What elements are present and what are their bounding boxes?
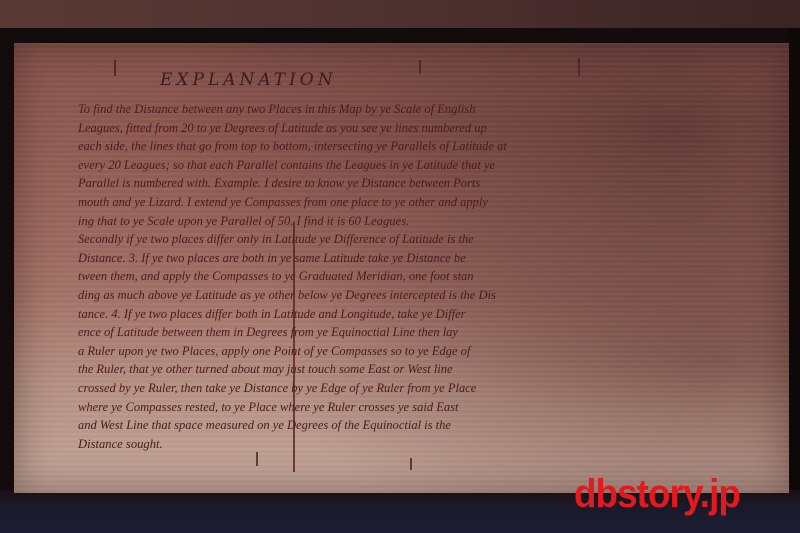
text-line: Leagues, fitted from 20 to ye Degrees of…: [78, 119, 714, 138]
text-line: and West Line that space measured on ye …: [78, 416, 714, 435]
text-line: ding as much above ye Latitude as ye oth…: [78, 286, 714, 305]
text-line: ence of Latitude between them in Degrees…: [78, 323, 714, 342]
frame-top-edge: [0, 28, 800, 44]
text-line: mouth and ye Lizard. I extend ye Compass…: [78, 193, 714, 212]
text-line: tween them, and apply the Compasses to y…: [78, 267, 714, 286]
text-line: the Ruler, that ye other turned about ma…: [78, 360, 714, 379]
text-line: Distance sought.: [78, 435, 718, 454]
margin-tick-mark: [419, 60, 421, 74]
page-title: EXPLANATION: [160, 70, 337, 90]
background-wall: [0, 0, 800, 30]
watermark-logo: dbstory.jp: [574, 470, 740, 518]
margin-tick-mark: [578, 58, 580, 76]
text-line: crossed by ye Ruler, then take ye Distan…: [78, 379, 714, 398]
margin-tick-mark: [410, 458, 412, 470]
text-line: tance. 4. If ye two places differ both i…: [78, 305, 714, 324]
text-line: a Ruler upon ye two Places, apply one Po…: [78, 342, 714, 361]
frame-left-edge: [0, 28, 15, 498]
text-line: To find the Distance between any two Pla…: [78, 100, 714, 119]
margin-tick-mark: [114, 60, 116, 76]
text-line: every 20 Leagues; so that each Parallel …: [78, 156, 714, 175]
text-line: each side, the lines that go from top to…: [78, 137, 714, 156]
text-line: Distance. 3. If ye two places are both i…: [78, 249, 714, 268]
text-line: Secondly if ye two places differ only in…: [78, 230, 714, 249]
frame-right-edge: [788, 28, 800, 498]
explanation-text: To find the Distance between any two Pla…: [78, 100, 718, 453]
text-line: ing that to ye Scale upon ye Parallel of…: [78, 212, 718, 231]
text-line: where ye Compasses rested, to ye Place w…: [78, 398, 714, 417]
margin-tick-mark: [256, 452, 258, 466]
text-line: Parallel is numbered with. Example. I de…: [78, 174, 714, 193]
